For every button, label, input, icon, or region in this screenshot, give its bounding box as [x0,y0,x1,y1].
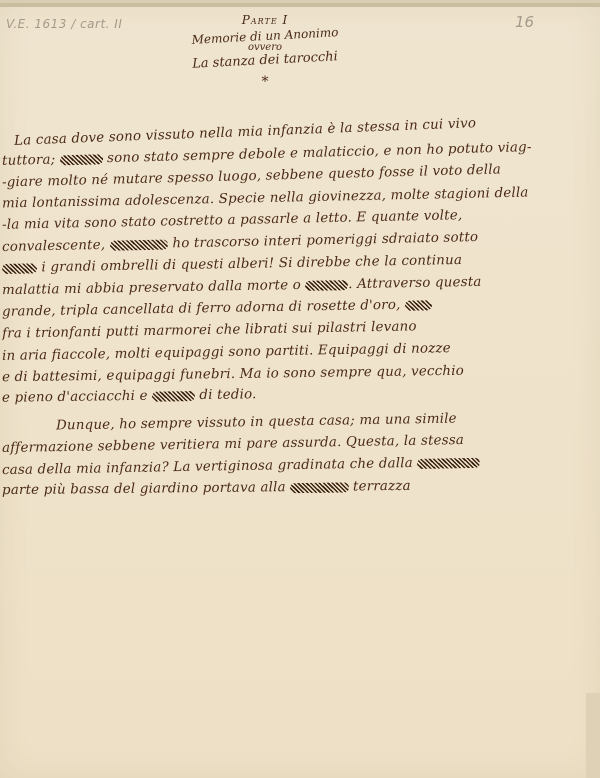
line-text: di tedio. [195,387,257,403]
line-text: casa della mia infanzia? La vertiginosa … [2,456,418,478]
line-text: . Attraverso questa [348,275,482,292]
text-line: -la mia vita sono stato costretto a pass… [2,208,463,233]
line-text: grande, tripla cancellata di ferro adorn… [2,298,405,320]
line-text: e pieno d'acciacchi e [2,389,152,406]
text-line: malattia mi abbia preservato dalla morte… [2,275,482,298]
struck-out-word: xxxx [2,263,37,274]
struck-out-word: xxxxx [152,391,195,402]
struck-out-word: xxxxx [60,154,103,165]
line-text: -la mia vita sono stato costretto a pass… [2,208,463,233]
line-text: i grandi ombrelli di questi alberi! Si d… [37,253,462,275]
line-text: affermazione sebbene veritiera mi pare a… [2,433,464,456]
struck-out-word: xxxxxxx [110,239,168,250]
struck-out-word: xxxxxxx [290,482,348,493]
line-text: malattia mi abbia preservato dalla morte… [2,278,306,298]
text-line: in aria fiaccole, molti equipaggi sono p… [2,341,451,364]
line-text: terrazza [348,479,410,495]
archive-reference: V.E. 1613 / cart. II [6,17,122,31]
text-line: grande, tripla cancellata di ferro adorn… [2,297,433,320]
text-line: e pieno d'acciacchi e xxxxx di tedio. [2,387,257,406]
page-edge-shadow [586,693,600,778]
line-text: Dunque, ho sempre vissuto in questa casa… [56,412,457,434]
struck-out-word: xxx [405,300,432,310]
text-line: parte più bassa del giardino portava all… [2,479,411,498]
line-text: fra i trionfanti putti marmorei che libr… [2,319,417,341]
page-top-edge [0,3,600,7]
text-line: affermazione sebbene veritiera mi pare a… [2,433,464,456]
asterisk-divider: * [150,74,380,90]
line-text: in aria fiaccole, molti equipaggi sono p… [2,341,451,364]
line-text: ho trascorso interi pomeriggi sdraiato s… [168,230,479,251]
text-line: Dunque, ho sempre vissuto in questa casa… [56,412,457,434]
chapter-heading: Parte I Memorie di un Anonimo ovvero La … [150,9,380,90]
text-line: xxxx i grandi ombrelli di questi alberi!… [2,253,462,276]
line-text: parte più bassa del giardino portava all… [2,480,290,498]
line-text: e di battesimi, equipaggi funebri. Ma io… [2,364,464,385]
line-text: tuttora; [2,152,60,169]
manuscript-page: V.E. 1613 / cart. II 16 Parte I Memorie … [0,3,600,778]
text-line: casa della mia infanzia? La vertiginosa … [2,455,480,478]
text-line: convalescente, xxxxxxx ho trascorso inte… [2,230,478,255]
struck-out-word: giardino [417,457,480,468]
text-line: fra i trionfanti putti marmorei che libr… [2,319,417,341]
struck-out-word: xxxxx [305,280,348,291]
page-number: 16 [515,13,534,31]
line-text: convalescente, [2,238,110,255]
text-line: e di battesimi, equipaggi funebri. Ma io… [2,364,464,385]
